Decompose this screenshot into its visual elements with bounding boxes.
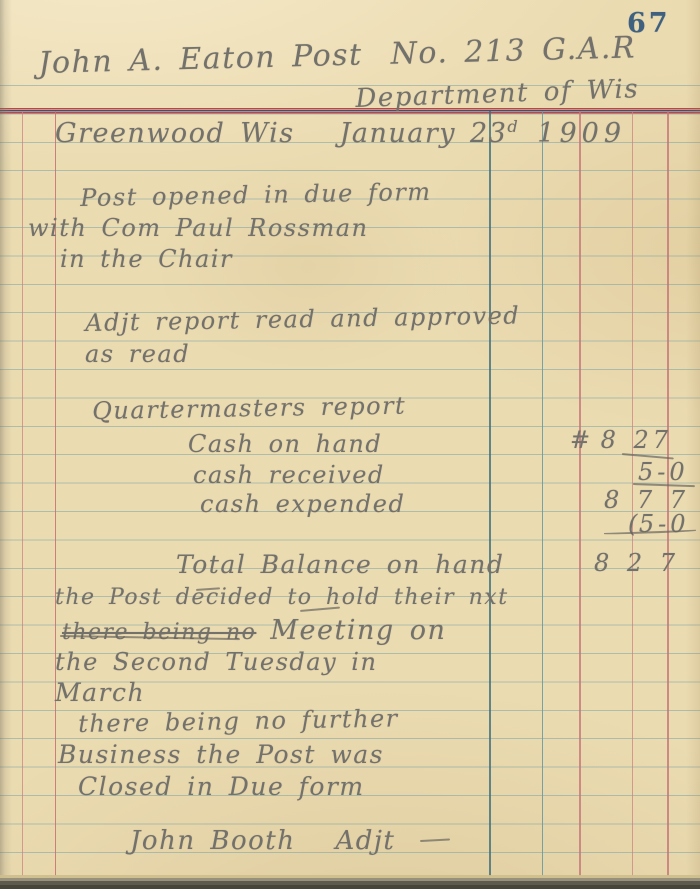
qm-row-label-cash-on-hand: Cash on hand <box>188 430 382 458</box>
org-name: John A. Eaton Post <box>38 38 363 81</box>
scan-bottom-edge <box>0 874 700 889</box>
opening-line-3: in the Chair <box>60 245 233 273</box>
minutes-line-3: the Second Tuesday in <box>55 648 377 676</box>
minutes-line-2: there being noMeeting on <box>62 615 446 646</box>
qm-row-amount-cash-on-hand: #8 27 <box>570 426 672 454</box>
qm-row-label-cash-received: cash received <box>193 461 385 489</box>
date-month: January <box>340 118 456 149</box>
opening-line-1: Post opened in due form <box>80 178 432 212</box>
currency-hash: # <box>570 426 592 454</box>
minutes-line-2-rest: Meeting on <box>270 615 446 646</box>
minutes-line-7: Closed in Due form <box>78 772 365 801</box>
pencil-dash-after-adjt <box>420 838 450 842</box>
adjutant-line-2: as read <box>85 340 190 368</box>
scanned-ledger-page: 67 John A. Eaton PostNo. 213 G.A.R Depar… <box>0 0 700 889</box>
minutes-line-6: Business the Post was <box>58 740 384 769</box>
date-day-suffix: d <box>507 117 519 136</box>
qm-row-label-cash-expended: cash expended <box>200 490 405 518</box>
qm-title: Quartermasters report <box>92 392 406 425</box>
signature-title: Adjt <box>335 826 395 856</box>
date-line: Greenwood WisJanuary23d1909 <box>55 117 626 149</box>
column-line-blue-2 <box>542 111 543 876</box>
minutes-line-1: the Post decided to hold their nxt <box>55 585 509 610</box>
signature-name: John Booth <box>130 826 295 856</box>
qm-row-label-total-balance: Total Balance on hand <box>176 550 504 579</box>
left-margin-line-outer <box>22 111 23 876</box>
date-day: 23 <box>470 118 507 149</box>
column-line-blue-1 <box>489 111 491 876</box>
column-line-red-1 <box>579 111 581 876</box>
header-org-line: John A. Eaton PostNo. 213 G.A.R <box>38 30 636 81</box>
minutes-line-5: there being no further <box>78 704 399 738</box>
date-year: 1909 <box>537 118 626 149</box>
place: Greenwood Wis <box>55 118 295 149</box>
qm-row-amount-total-balance: 8 2 7 <box>594 549 679 577</box>
adjutant-line-1: Adjt report read and approved <box>85 301 520 337</box>
opening-line-2: with Com Paul Rossman <box>28 214 368 242</box>
scan-right-shade <box>686 0 700 889</box>
qm-row-amount-cash-received: 5-0 <box>638 458 689 486</box>
struck-text: there being no <box>62 620 256 645</box>
header-double-rule <box>0 108 700 115</box>
scan-left-shadow <box>0 0 12 889</box>
org-number: No. 213 G.A.R <box>390 30 636 71</box>
signature-line: John BoothAdjt <box>130 826 395 856</box>
minutes-line-4: March <box>55 678 145 707</box>
